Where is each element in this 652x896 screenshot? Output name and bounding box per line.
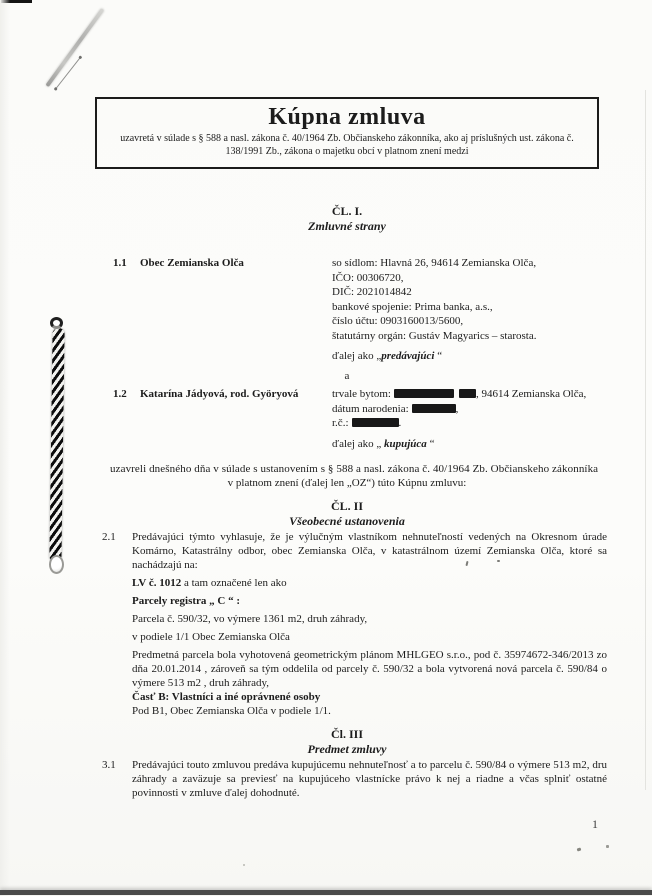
clause-text: Predávajúci touto zmluvou predáva kupujú… xyxy=(132,758,607,800)
party1-name: Obec Zemianska Olča xyxy=(140,256,332,343)
article2-heading: ČL. II xyxy=(95,499,599,514)
geometric-plan-paragraph: Predmetná parcela bola vyhotovená geomet… xyxy=(132,648,607,690)
birthdate-label: dátum narodenia: xyxy=(332,403,409,415)
article3-subheading: Predmet zmluvy xyxy=(95,742,599,757)
scan-edge-bottom-line xyxy=(0,890,652,895)
party1-number: 1.1 xyxy=(113,256,140,343)
id-label: r.č.: xyxy=(332,417,349,429)
article1-heading-wrap: ČL. I. Zmluvné strany xyxy=(95,204,599,234)
redaction-bar xyxy=(459,389,476,398)
address-label: trvale bytom: xyxy=(332,388,391,400)
redaction-bar xyxy=(412,404,456,413)
party2-birthdate-line: dátum narodenia:, xyxy=(332,402,620,417)
party2-details: trvale bytom:, 94614 Zemianska Olča, dát… xyxy=(332,387,620,431)
scan-speck xyxy=(606,845,609,848)
document-subtitle: uzavretá v súlade s § 588 a nasl. zákona… xyxy=(107,132,587,158)
article2-heading-wrap: ČL. II Všeobecné ustanovenia xyxy=(95,499,599,529)
address-suffix: , 94614 Zemianska Olča, xyxy=(476,388,586,400)
clause-2-1: 2.1 Predávajúci týmto vyhlasuje, že je v… xyxy=(102,530,607,572)
document-body: Kúpna zmluva uzavretá v súlade s § 588 a… xyxy=(0,0,652,800)
alias-suffix: “ xyxy=(427,438,435,450)
lv-number: LV č. 1012 xyxy=(132,577,181,589)
party2-row: 1.2 Katarína Jádyová, rod. Györyová trva… xyxy=(113,387,652,431)
party2-alias-line: ďalej ako „ kupujúca “ xyxy=(332,437,652,451)
clause-3-1: 3.1 Predávajúci touto zmluvou predáva ku… xyxy=(102,758,607,800)
article2-subheading: Všeobecné ustanovenia xyxy=(95,514,599,529)
id-suffix: . xyxy=(399,417,402,429)
scan-speck xyxy=(243,864,245,866)
alias-suffix: “ xyxy=(434,350,442,362)
title-box: Kúpna zmluva uzavretá v súlade s § 588 a… xyxy=(95,97,599,169)
party2-id-line: r.č.:. xyxy=(332,416,620,431)
article1-subheading: Zmluvné strany xyxy=(95,219,599,234)
document-title: Kúpna zmluva xyxy=(107,103,587,131)
conjunction: a xyxy=(95,369,599,383)
article3-heading: Čl. III xyxy=(95,727,599,742)
parcel-line: Parcela č. 590/32, vo výmere 1361 m2, dr… xyxy=(132,612,607,626)
clause-number: 3.1 xyxy=(102,758,132,800)
register-line: Parcely registra „ C “ : xyxy=(132,594,607,608)
party1-bank: bankové spojenie: Prima banka, a.s., xyxy=(332,300,620,315)
scanned-contract-page: Kúpna zmluva uzavretá v súlade s § 588 a… xyxy=(0,0,652,896)
closing-line1: uzavreli dnešného dňa v súlade s ustanov… xyxy=(110,462,652,476)
closing-line2: v platnom znení (ďalej len „OZ“) túto Kú… xyxy=(95,476,599,490)
closing-statement: uzavreli dnešného dňa v súlade s ustanov… xyxy=(0,462,652,490)
article1-heading: ČL. I. xyxy=(95,204,599,219)
party2-number: 1.2 xyxy=(113,387,140,431)
scan-speck xyxy=(577,847,582,851)
party1-dic: DIČ: 2021014842 xyxy=(332,285,620,300)
clause-text: Predávajúci týmto vyhlasuje, že je výluč… xyxy=(132,530,607,572)
share-line: v podiele 1/1 Obec Zemianska Olča xyxy=(132,630,607,644)
party1-details: so sídlom: Hlavná 26, 94614 Zemianska Ol… xyxy=(332,256,620,343)
birthdate-suffix: , xyxy=(456,403,459,415)
alias-prefix: ďalej ako „ xyxy=(332,350,381,362)
party1-alias: predávajúci xyxy=(381,350,434,362)
part-b-line: Pod B1, Obec Zemianska Olča v podiele 1/… xyxy=(132,704,607,718)
clause-number: 2.1 xyxy=(102,530,132,572)
party2-alias: kupujúca xyxy=(384,438,427,450)
party2-name: Katarína Jádyová, rod. Györyová xyxy=(140,387,332,431)
alias-prefix: ďalej ako „ xyxy=(332,438,384,450)
page-number: 1 xyxy=(592,817,598,832)
lv-line: LV č. 1012 a tam označené len ako xyxy=(132,576,607,590)
lv-rest: a tam označené len ako xyxy=(181,577,286,589)
party1-alias-line: ďalej ako „predávajúci “ xyxy=(332,349,652,363)
party1-row: 1.1 Obec Zemianska Olča so sídlom: Hlavn… xyxy=(113,256,652,343)
party1-account: číslo účtu: 0903160013/5600, xyxy=(332,314,620,329)
party1-address: so sídlom: Hlavná 26, 94614 Zemianska Ol… xyxy=(332,256,620,271)
article3-heading-wrap: Čl. III Predmet zmluvy xyxy=(95,727,599,757)
redaction-bar xyxy=(394,389,454,398)
party2-address-line: trvale bytom:, 94614 Zemianska Olča, xyxy=(332,387,620,402)
part-b-heading: Časť B: Vlastníci a iné oprávnené osoby xyxy=(132,690,607,704)
party1-representative: štatutárny orgán: Gustáv Magyarics – sta… xyxy=(332,329,620,344)
party1-ico: IČO: 00306720, xyxy=(332,271,620,286)
redaction-bar xyxy=(352,418,399,427)
